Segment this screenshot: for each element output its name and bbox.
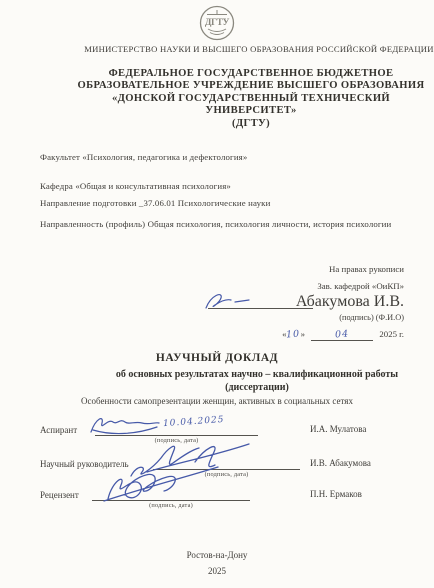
dstu-logo-icon: ДГТУ [195, 4, 239, 44]
signatory-role: Рецензент [40, 490, 79, 500]
signatory-role: Аспирант [40, 425, 77, 435]
approval-caption: (подпись) (Ф.И.О) [339, 313, 404, 322]
signatory-name: И.А. Мулатова [310, 424, 366, 434]
handwritten-month: 04 [335, 329, 350, 341]
department-head-label: Зав. кафедрой «ОиКП» [317, 281, 404, 291]
report-title: НАУЧНЫЙ ДОКЛАД [0, 352, 434, 364]
dissertation-topic: Особенности самопрезентации женщин, акти… [0, 396, 434, 406]
month-blank: 04 [311, 329, 373, 341]
report-subtitle: об основных результатах научно – квалифи… [40, 368, 434, 394]
handwritten-day: 10 [286, 329, 301, 341]
date-year: 2025 г. [379, 329, 404, 339]
department-line: Кафедра «Общая и консультативная психоло… [40, 181, 398, 191]
manuscript-note: На правах рукописи [329, 264, 404, 274]
signature-caption: (подпись, дата) [92, 502, 250, 509]
aspirant-signature [89, 412, 169, 438]
head-signature [202, 290, 272, 312]
signature-line: (подпись, дата) [92, 483, 250, 503]
logo-letters: ДГТУ [205, 18, 230, 28]
document-page: ДГТУ МИНИСТЕРСТВО НАУКИ И ВЫСШЕГО ОБРАЗО… [0, 0, 434, 588]
university-abbr: (ДГТУ) [68, 118, 434, 130]
signature-line: 10.04.2025 (подпись, дата) [95, 418, 258, 438]
profile-line: Направленность (профиль) Общая психологи… [40, 215, 398, 233]
institution-name: ФЕДЕРАЛЬНОЕ ГОСУДАРСТВЕННОЕ БЮДЖЕТНОЕ ОБ… [68, 68, 434, 93]
ministry-heading: МИНИСТЕРСТВО НАУКИ И ВЫСШЕГО ОБРАЗОВАНИЯ… [42, 44, 434, 55]
signatory-name: П.Н. Ермаков [310, 489, 362, 499]
report-subtitle-line1: об основных результатах научно – квалифи… [80, 368, 434, 381]
report-subtitle-line2: (диссертации) [80, 381, 434, 394]
approval-date-line: «10» 04 2025 г. [208, 329, 404, 341]
institution-heading: ФЕДЕРАЛЬНОЕ ГОСУДАРСТВЕННОЕ БЮДЖЕТНОЕ ОБ… [34, 68, 434, 130]
quote-close: » [301, 329, 305, 339]
footer-city: Ростов-на-Дону [0, 550, 434, 560]
reviewer-signature [100, 449, 240, 505]
faculty-line: Факультет «Психология, педагогика и дефе… [40, 152, 398, 162]
signatory-name: И.В. Абакумова [310, 458, 371, 468]
university-name: «ДОНСКОЙ ГОСУДАРСТВЕННЫЙ ТЕХНИЧЕСКИЙ УНИ… [68, 93, 434, 118]
footer-year: 2025 [0, 566, 434, 576]
head-name: Абакумова И.В. [296, 293, 404, 311]
head-signature-line: Абакумова И.В. [208, 296, 404, 312]
aspirant-handwritten-date: 10.04.2025 [163, 415, 225, 429]
direction-line: Направление подготовки _37.06.01 Психоло… [40, 198, 398, 208]
signatory-row-reviewer: Рецензент (подпись, дата) П.Н. Ермаков [0, 483, 434, 511]
